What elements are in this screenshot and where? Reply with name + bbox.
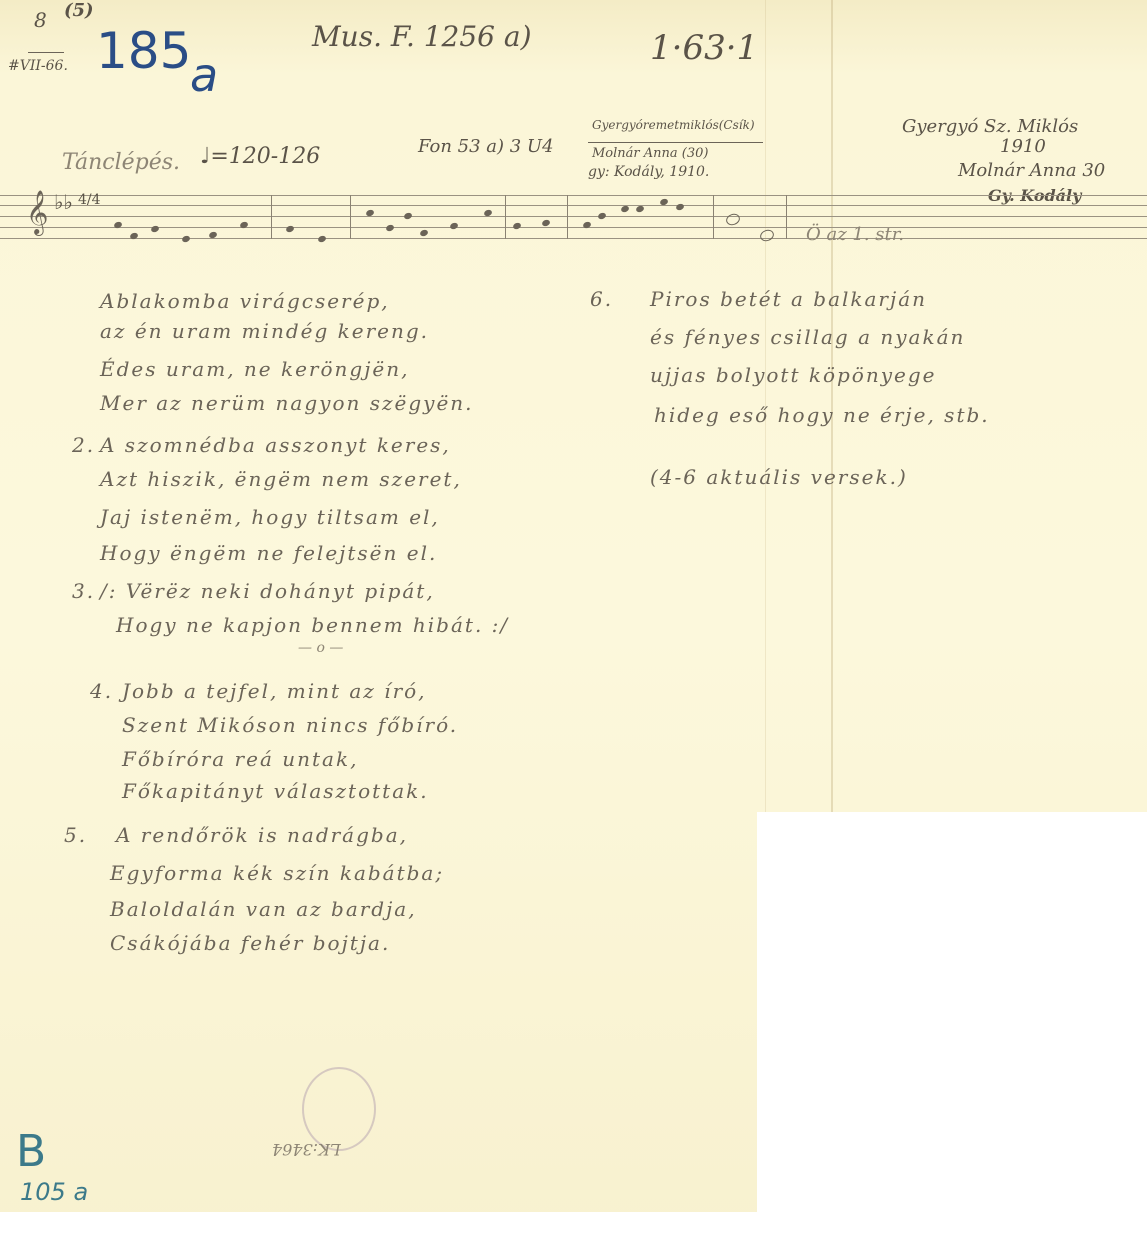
verse-line: Édes uram, ne keröngjën, xyxy=(100,354,410,384)
footer-letter: B xyxy=(16,1126,46,1177)
verse-line: és fényes csillag a nyakán xyxy=(650,322,965,352)
source-right-year: 1910 xyxy=(1000,136,1046,157)
verse-line: az én uram mindég kereng. xyxy=(100,316,429,346)
barline xyxy=(567,195,568,239)
verse-note: (4-6 aktuális versek.) xyxy=(650,462,908,492)
barline xyxy=(505,195,506,239)
key-signature: ♭♭ xyxy=(54,190,73,214)
fraction-paren: (5) xyxy=(64,0,94,21)
verse-line: Hogy ëngëm ne felejtsën el. xyxy=(100,538,437,568)
verse-line: Hogy ne kapjon bennem hibát. :/ xyxy=(116,610,509,640)
barline xyxy=(271,195,272,239)
mus-reference: Mus. F. 1256 a) xyxy=(312,20,532,53)
catalog-number: 185 xyxy=(96,22,191,80)
catalog-suffix: a xyxy=(190,48,218,102)
verse-line: Azt hiszik, ëngëm nem szeret, xyxy=(100,464,462,494)
verse-line: Egyforma kék szín kabátba; xyxy=(110,858,444,888)
verse-number: 6. xyxy=(590,284,613,314)
verse-line: Főkapitányt választottak. xyxy=(122,776,429,806)
document-code: 1·63·1 xyxy=(650,28,758,68)
time-signature: 4/4 xyxy=(78,192,101,208)
verse-line: Ablakomba virágcserép, xyxy=(100,286,390,316)
stamp-number: LK:3464 xyxy=(272,1140,341,1159)
tempo-label: Tánclépés. xyxy=(62,150,180,175)
fraction-bar xyxy=(28,52,64,53)
phono-reference: Fon 53 a) 3 U4 xyxy=(418,136,554,157)
verse-line: /: Vërëz neki dohányt pipát, xyxy=(100,576,435,606)
verse-number: 3. xyxy=(72,576,95,606)
verse-line: Csákójába fehér bojtja. xyxy=(110,928,390,958)
verse-line: Főbíróra reá untak, xyxy=(122,744,358,774)
verse-line: A rendőrök is nadrágba, xyxy=(116,820,408,850)
source-divider xyxy=(588,142,763,143)
source-place: Gyergyóremetmiklós(Csík) xyxy=(592,118,755,132)
treble-clef-icon: 𝄞 xyxy=(26,190,48,235)
tempo-marking: ♩=120-126 xyxy=(200,144,320,169)
verse-line: Jaj istenëm, hogy tiltsam el, xyxy=(100,502,440,532)
verse-number: 5. xyxy=(64,820,87,850)
verse-line: Baloldalán van az bardja, xyxy=(110,894,417,924)
verse-line: ujjas bolyott köpönyege xyxy=(650,360,937,390)
verse-line: Mer az nerüm nagyon szëgyën. xyxy=(100,388,474,418)
source-singer: Molnár Anna (30) xyxy=(592,146,708,161)
verse-line: A szomnédba asszonyt keres, xyxy=(100,430,451,460)
verse-number: 2. xyxy=(72,430,95,460)
barline xyxy=(350,195,351,239)
scan-margin xyxy=(0,1212,757,1243)
source-right-place: Gyergyó Sz. Miklós xyxy=(902,116,1078,137)
verse-number: 4. xyxy=(90,676,113,706)
barline xyxy=(713,195,714,239)
blank-scan-area xyxy=(757,812,1147,1243)
music-staff xyxy=(0,195,1147,245)
repeat-instruction: Ö az 1. str. xyxy=(806,224,904,245)
verse-separator: — o — xyxy=(298,640,343,656)
footer-number: 105 a xyxy=(20,1178,88,1206)
barline xyxy=(786,195,787,239)
source-collector: gy: Kodály, 1910. xyxy=(588,164,709,180)
verse-line: Piros betét a balkarján xyxy=(650,284,927,314)
verse-line: hideg eső hogy ne érje, stb. xyxy=(654,400,990,430)
verse-line: Jobb a tejfel, mint az író, xyxy=(122,676,427,706)
fraction-top: 8 xyxy=(34,8,47,32)
source-right-singer: Molnár Anna 30 xyxy=(958,160,1105,181)
fraction-bottom: #VII-66. xyxy=(8,58,68,74)
verse-line: Szent Mikóson nincs főbíró. xyxy=(122,710,458,740)
library-stamp xyxy=(302,1067,376,1151)
